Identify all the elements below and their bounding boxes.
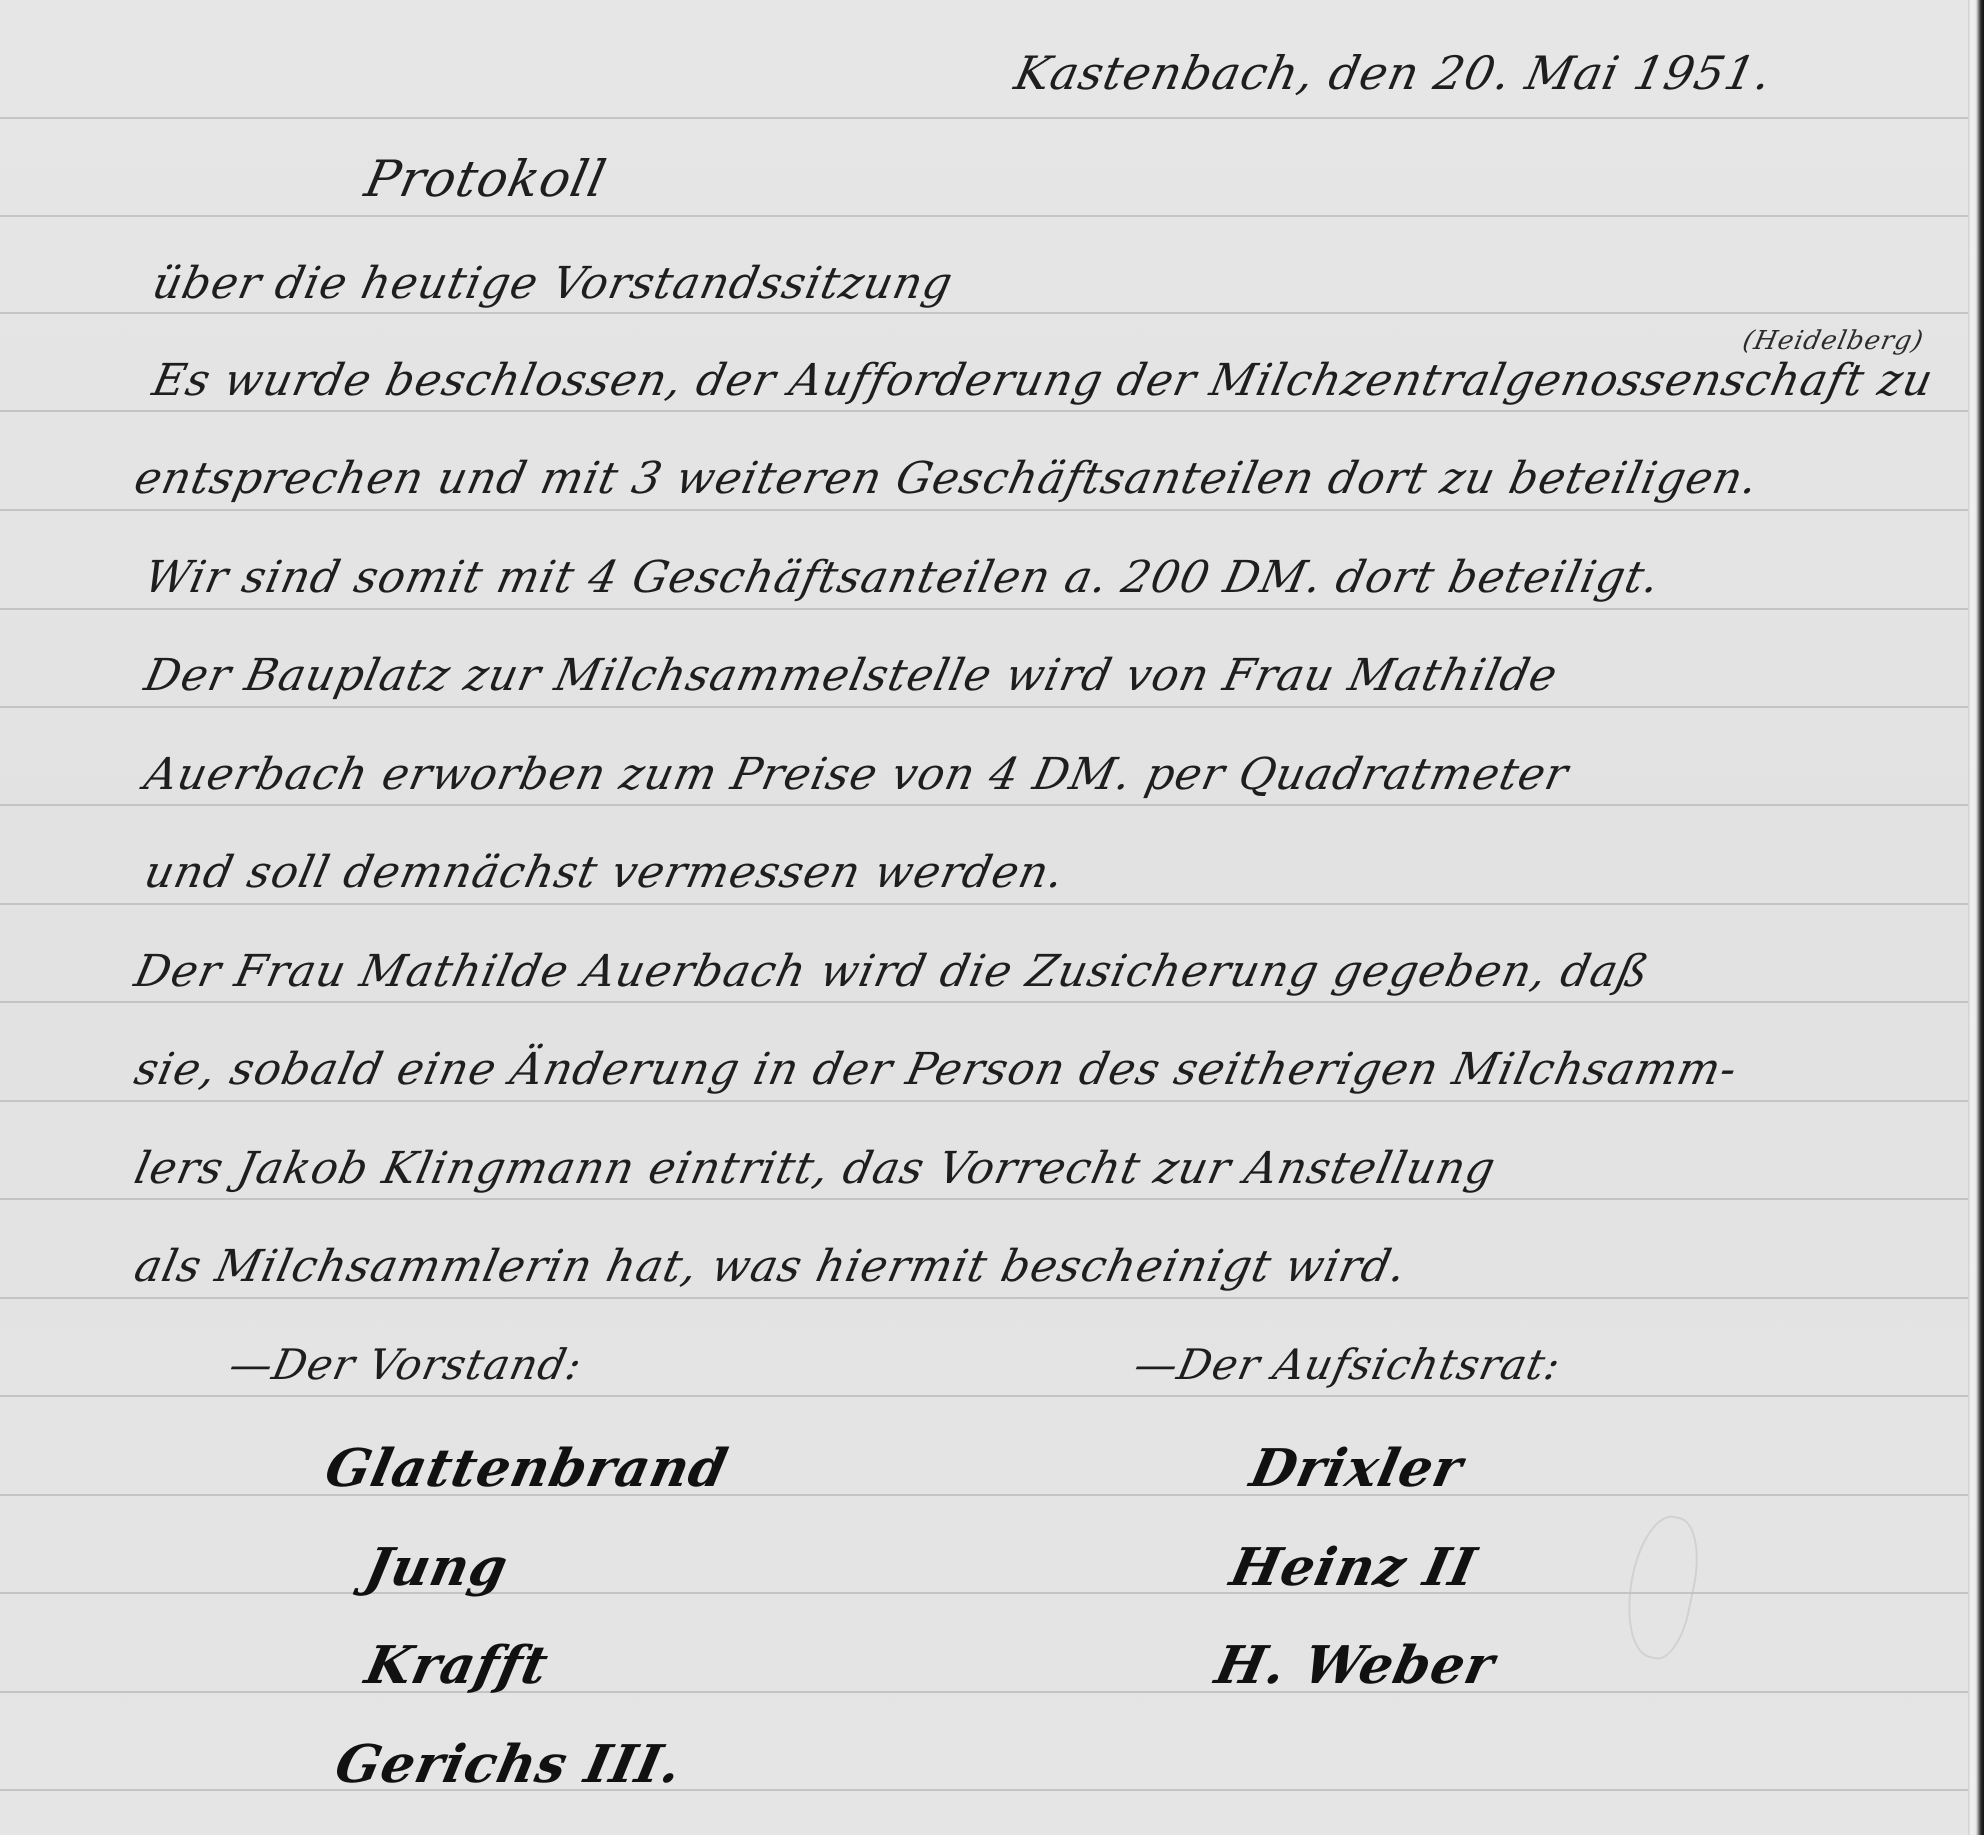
- ruled-line: [0, 117, 1968, 119]
- body-line-2: entsprechen und mit 3 weiteren Geschäfts…: [130, 453, 1763, 504]
- ruled-line: [0, 1395, 1968, 1397]
- ruled-line: [0, 903, 1968, 905]
- ruled-line: [0, 804, 1968, 806]
- supervisory-signature: Drixler: [1245, 1438, 1468, 1499]
- body-line-5: Auerbach erworben zum Preise von 4 DM. p…: [140, 749, 1573, 800]
- ruled-line: [0, 706, 1968, 708]
- supervisory-signature-label: Der Aufsichtsrat:: [1130, 1340, 1565, 1389]
- document-title: Protokoll: [360, 150, 612, 208]
- ruled-line: [0, 1001, 1968, 1003]
- body-line-6: und soll demnächst vermessen werden.: [140, 847, 1069, 898]
- body-line-4: Der Bauplatz zur Milchsammelstelle wird …: [140, 650, 1562, 701]
- page-edge: [1968, 0, 1984, 1835]
- ruled-line: [0, 1297, 1968, 1299]
- ruled-line: [0, 410, 1968, 412]
- board-signature: Glattenbrand: [320, 1438, 733, 1499]
- ruled-line: [0, 1789, 1968, 1791]
- ruled-line: [0, 1198, 1968, 1200]
- board-signature: Jung: [360, 1537, 514, 1598]
- ruled-line: [0, 1100, 1968, 1102]
- margin-annotation: Heidelberg: [1740, 326, 1927, 356]
- supervisory-signature: H. Weber: [1210, 1635, 1500, 1696]
- body-line-3: Wir sind somit mit 4 Geschäftsanteilen a…: [140, 552, 1665, 603]
- ruled-ledger-page: Kastenbach, den 20. Mai 1951. Protokoll …: [0, 0, 1972, 1835]
- supervisory-signature: Heinz II: [1225, 1537, 1482, 1598]
- place-date-line: Kastenbach, den 20. Mai 1951.: [1010, 46, 1777, 100]
- document-subtitle: über die heutige Vorstandssitzung: [148, 258, 958, 309]
- board-signature-label: Der Vorstand:: [225, 1340, 587, 1389]
- ruled-line: [0, 509, 1968, 511]
- body-line-9: lers Jakob Klingmann eintritt, das Vorre…: [130, 1143, 1500, 1194]
- body-line-10: als Milchsammlerin hat, was hiermit besc…: [130, 1241, 1411, 1292]
- board-signature: Gerichs III.: [330, 1734, 688, 1795]
- body-line-7: Der Frau Mathilde Auerbach wird die Zusi…: [130, 946, 1654, 997]
- body-line-8: sie, sobald eine Änderung in der Person …: [130, 1044, 1742, 1095]
- ruled-line: [0, 1691, 1968, 1693]
- ruled-line: [0, 608, 1968, 610]
- ruled-line: [0, 1494, 1968, 1496]
- faint-pencil-mark: [1616, 1510, 1709, 1664]
- body-line-1: Es wurde beschlossen, der Aufforderung d…: [148, 355, 1938, 406]
- ruled-line: [0, 312, 1968, 314]
- board-signature: Krafft: [360, 1635, 554, 1696]
- ruled-line: [0, 215, 1968, 217]
